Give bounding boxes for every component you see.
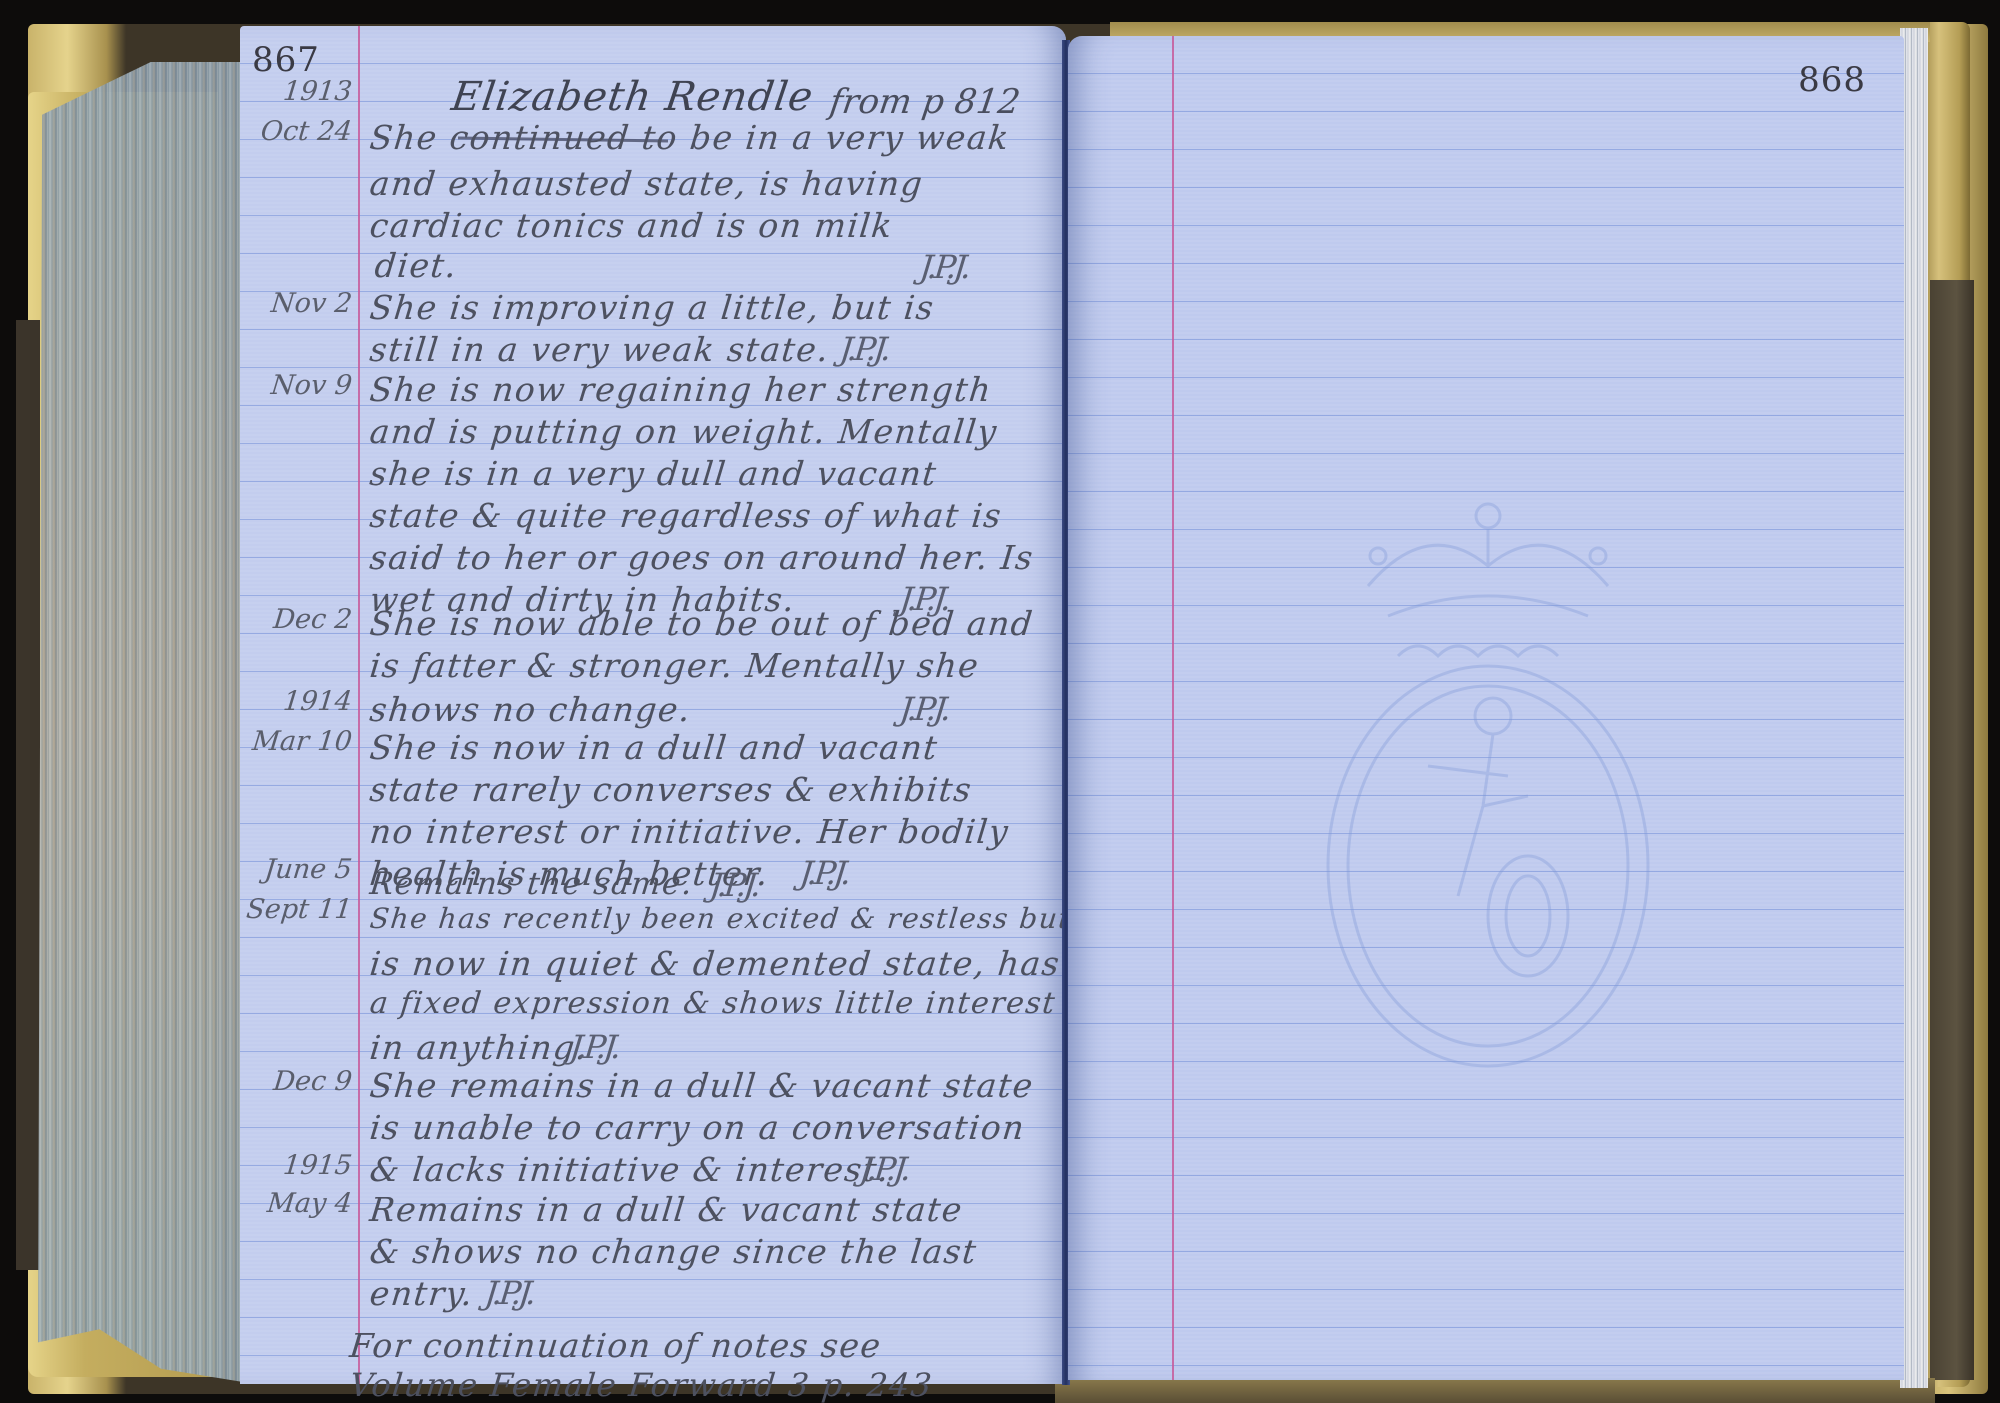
entry-line: is fatter & stronger. Mentally she	[368, 646, 981, 685]
margin-rule-right	[1172, 36, 1174, 1380]
entry-line: & shows no change since the last	[368, 1232, 979, 1271]
entry-line: shows no change.	[368, 690, 693, 729]
seal-watermark-icon	[1308, 476, 1668, 1076]
patient-name-heading: Elizabeth Rendle	[449, 74, 817, 120]
initials: J.P.J.	[898, 690, 950, 728]
initials: J.P.J.	[568, 1028, 620, 1066]
entry-year: 1915	[238, 1150, 353, 1181]
entry-line: still in a very weak state.	[368, 330, 832, 369]
initials: J.P.J.	[708, 866, 760, 904]
cloth-binding-right	[1930, 280, 1974, 1380]
initials: J.P.J.	[838, 330, 890, 368]
entry-line: She has recently been excited & restless…	[368, 902, 1073, 935]
page-edges-left	[38, 62, 243, 1382]
entry-line: and exhausted state, is having	[368, 164, 925, 203]
entry-date: Mar 10	[238, 726, 353, 757]
entry-line: cardiac tonics and is on milk	[368, 206, 895, 245]
entry-line: She remains in a dull & vacant state	[368, 1066, 1036, 1105]
entry-line: state & quite regardless of what is	[368, 496, 1004, 535]
margin-rule-left	[358, 26, 360, 1384]
entry-line: She is improving a little, but is	[368, 288, 937, 327]
entry-line: said to her or goes on around her. Is	[368, 538, 1036, 577]
entry-date: Nov 2	[238, 288, 353, 319]
entry-line: is now in quiet & demented state, has	[368, 944, 1062, 983]
page-edges-right	[1900, 28, 1928, 1388]
continuation-note: For continuation of notes see	[348, 1326, 884, 1365]
entry-date: Dec 9	[238, 1066, 353, 1097]
entry-line: she is in a very dull and vacant	[368, 454, 939, 493]
left-page: 867 Elizabeth Rendle from p 812 1913 Oct…	[240, 26, 1066, 1384]
entry-line: She is now regaining her strength	[368, 370, 994, 409]
entry-line: diet.	[373, 246, 460, 285]
continuation-note: Volume Female Forward 3 p. 243	[348, 1366, 935, 1403]
entry-line: a fixed expression & shows little intere…	[368, 986, 1058, 1021]
entry-line: state rarely converses & exhibits	[368, 770, 974, 809]
book-cover-bottom-edge	[1055, 1378, 1935, 1403]
entry-year: 1913	[238, 76, 353, 107]
page-number-right: 868	[1798, 60, 1866, 100]
entry-line: & lacks initiative & interest.	[368, 1150, 892, 1189]
entry-line: is unable to carry on a conversation	[368, 1108, 1027, 1147]
entry-line: Remains in a dull & vacant state	[368, 1190, 965, 1229]
page-number-left: 867	[252, 40, 320, 80]
initials: J.P.J.	[918, 248, 970, 286]
entry-year: 1914	[238, 686, 353, 717]
entry-date: Sept 11	[238, 894, 353, 925]
entry-date: June 5	[238, 854, 353, 885]
cross-reference: from p 812	[827, 82, 1022, 122]
entry-date: Oct 24	[238, 116, 353, 147]
right-page: 868	[1068, 36, 1904, 1380]
cloth-binding-left	[16, 320, 40, 1270]
initials: J.P.J.	[483, 1274, 535, 1312]
entry-line: She continued to be in a very weak	[368, 118, 1012, 157]
entry-date: Nov 9	[238, 370, 353, 401]
entry-date: Dec 2	[238, 604, 353, 635]
entry-date: May 4	[238, 1188, 353, 1219]
entry-line: She is now in a dull and vacant	[368, 728, 940, 767]
entry-line: Remains the same.	[368, 866, 695, 902]
entry-line: no interest or initiative. Her bodily	[368, 812, 1011, 851]
initials: J.P.J.	[798, 854, 850, 892]
entry-line: entry.	[368, 1274, 476, 1313]
initials: J.P.J.	[858, 1150, 910, 1188]
entry-line: in anything.	[368, 1028, 590, 1067]
entry-line: and is putting on weight. Mentally	[368, 412, 1000, 451]
entry-line: She is now able to be out of bed and	[368, 604, 1036, 643]
